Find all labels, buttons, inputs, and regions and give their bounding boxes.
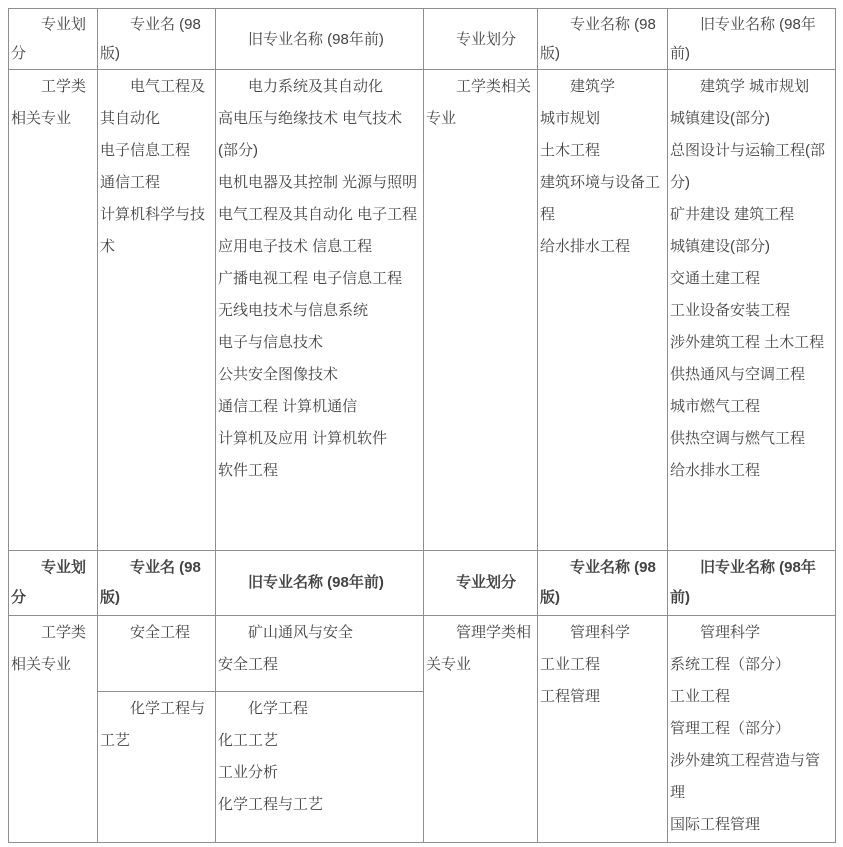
cell-old-majors-architecture: 建筑学 城市规划 城镇建设(部分) 总图设计与运输工程(部分) 矿井建设 建筑工… <box>668 70 836 551</box>
cell-division-engineering-left: 工学类相关专业 <box>9 70 98 551</box>
cell-majors-architecture: 建筑学 城市规划 土木工程 建筑环境与设备工程 给水排水工程 <box>538 70 668 551</box>
row-engineering: 工学类相关专业 电气工程及其自动化 电子信息工程 通信工程 计算机科学与技术 电… <box>9 70 836 551</box>
header-major-right-mid: 专业名称 (98版) <box>538 551 668 616</box>
cell-division-engineering-bottom: 工学类相关专业 <box>9 616 98 843</box>
cell-division-engineering-right: 工学类相关专业 <box>424 70 538 551</box>
header-division-right-top: 专业划分 <box>424 9 538 70</box>
header-major-left-mid: 专业名 (98版) <box>98 551 216 616</box>
header-old-major-left-mid: 旧专业名称 (98年前) <box>216 551 424 616</box>
header-old-major-right-mid: 旧专业名称 (98年前) <box>668 551 836 616</box>
cell-division-management: 管理学类相关专业 <box>424 616 538 843</box>
cell-old-majors-electrical: 电力系统及其自动化 高电压与绝缘技术 电气技术(部分) 电机电器及其控制 光源与… <box>216 70 424 551</box>
page-background: 专业划分 专业名 (98版) 旧专业名称 (98年前) 专业划分 专业名称 (9… <box>0 0 843 847</box>
header-major-right-top: 专业名称 (98版) <box>538 9 668 70</box>
cell-majors-electrical: 电气工程及其自动化 电子信息工程 通信工程 计算机科学与技术 <box>98 70 216 551</box>
header-old-major-right-top: 旧专业名称 (98年前) <box>668 9 836 70</box>
cell-major-chemical: 化学工程与工艺 <box>98 692 216 843</box>
header-division-left-mid: 专业划分 <box>9 551 98 616</box>
header-division-right-mid: 专业划分 <box>424 551 538 616</box>
header-old-major-left-top: 旧专业名称 (98年前) <box>216 9 424 70</box>
cell-old-majors-management: 管理科学 系统工程（部分） 工业工程 管理工程（部分） 涉外建筑工程营造与管理 … <box>668 616 836 843</box>
cell-major-safety: 安全工程 <box>98 616 216 692</box>
majors-mapping-table: 专业划分 专业名 (98版) 旧专业名称 (98年前) 专业划分 专业名称 (9… <box>8 8 836 843</box>
header-major-left-top: 专业名 (98版) <box>98 9 216 70</box>
header-row-top: 专业划分 专业名 (98版) 旧专业名称 (98年前) 专业划分 专业名称 (9… <box>9 9 836 70</box>
cell-old-majors-chemical: 化学工程 化工工艺 工业分析 化学工程与工艺 <box>216 692 424 843</box>
cell-old-majors-safety: 矿山通风与安全 安全工程 <box>216 616 424 692</box>
header-row-middle: 专业划分 专业名 (98版) 旧专业名称 (98年前) 专业划分 专业名称 (9… <box>9 551 836 616</box>
header-division-left-top: 专业划分 <box>9 9 98 70</box>
cell-majors-management: 管理科学 工业工程 工程管理 <box>538 616 668 843</box>
row-safety: 工学类相关专业 安全工程 矿山通风与安全 安全工程 管理学类相关专业 管理科学 … <box>9 616 836 692</box>
